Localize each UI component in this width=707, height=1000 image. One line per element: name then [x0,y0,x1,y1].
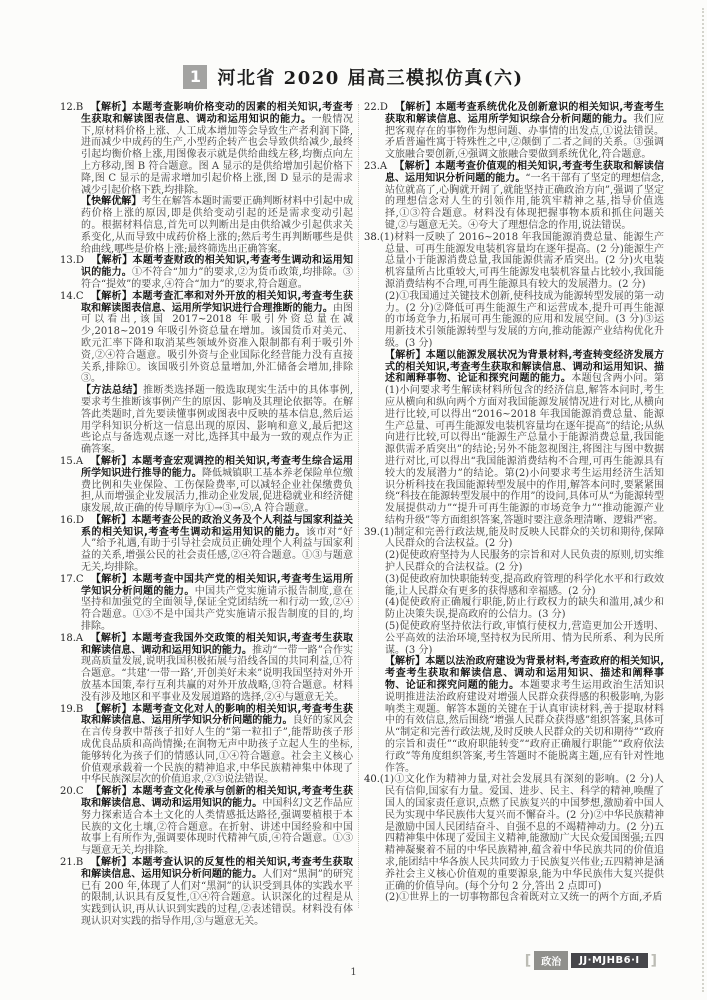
question-number-and-answer: 15.A [60,456,83,467]
question-number-and-answer: 12.B [60,102,83,113]
answer-paragraph: (2)①我国通过关键技术创新,使科技成为能源转型发展的第一动力。(2 分)②降低… [385,291,664,350]
answer-paragraph: 16.D【解析】本题考查公民的政治义务及个人利益与国家利益关系的相关知识,考查考… [81,515,353,574]
answer-paragraph: 23.A【解析】本题考查价值观的相关知识,考查考生获取和解读信息、运用知识分析问… [385,161,664,232]
answer-paragraph: 19.B【解析】本题考查文化对人的影响的相关知识,考查考生获取和解读信息、运用所… [81,704,353,787]
page-edge-dotted-line [702,8,704,992]
body-text: (2)①我国通过关键技术创新,使科技成为能源转型发展的第一动力。(2 分)②降低… [385,291,664,349]
answer-item: 15.A【解析】本题考查宏观调控的相关知识,考查考生综合运用所学知识进行推导的能… [60,456,353,515]
body-text: (1)制定和完善行政法规,能及时反映人民群众的关切和期待,保障人民群众的合法权益… [380,527,664,550]
question-number-and-answer: 22.D [364,102,388,113]
answer-item: 17.C【解析】本题考查中国共产党的相关知识,考查考生运用所学知识分析问题的能力… [60,574,353,633]
body-text: 本题要求考生运用政治生活知识说明推进法治政府建设对增强人民群众获得感的积极影响,… [385,680,664,774]
emphasis-text: 【解析】本题考查系统优化及创新意识的相关知识,考查考生获取和解读信息、运用所学知… [385,102,664,125]
question-number-and-answer: 38. [364,232,380,243]
answer-paragraph: 18.A【解析】本题考查我国外交政策的相关知识,考查考生获取和解读信息、调动和运… [81,633,353,704]
answer-paragraph: (5)促使政府坚持依法行政,审慎行使权力,营造更加公开透明、公平高效的法治环境,… [385,621,664,656]
question-number-and-answer: 39. [364,527,380,538]
answer-paragraph: 20.C【解析】本题考查文化传承与创新的相关知识,考查考生获取和解读信息、调动和… [81,786,353,857]
answer-paragraph: 【解析】本题以法治政府建设为背景材料,考查政府的相关知识,考查考生获取和解读信息… [385,656,664,774]
answer-paragraph: (4)促使政府正确履行职能,防止行政权力的缺失和滥用,减少和防止决策失误,提高政… [385,597,664,621]
emphasis-text: 【快解优解】 [81,196,141,207]
answer-paragraph: (3)促使政府加快职能转变,提高政府管理的科学化水平和行政效能,让人民群众有更多… [385,574,664,598]
body-text: (4)促使政府正确履行职能,防止行政权力的缺失和滥用,减少和防止决策失误,提高政… [385,597,664,620]
answer-paragraph: 【解析】本题以能源发展状况为背景材料,考查转变经济发展方式的相关知识,考查考生获… [385,350,664,527]
answer-item: 12.B【解析】本题考查影响价格变动的因素的相关知识,考查考生获取和解读图表信息… [60,102,353,255]
body-text: (3)促使政府加快职能转变,提高政府管理的科学化水平和行政效能,让人民群众有更多… [385,574,664,597]
question-number-and-answer: 21.B [60,857,83,868]
page-header: 1 河北省 2020 届高三模拟仿真(六) [0,64,707,90]
body-text: (2)①世界上的一切事物都包含着既对立又统一的两个方面,矛盾 [385,892,662,903]
body-text: (1)①文化作为精神力量,对社会发展具有深刻的影响。(2 分)人民有信仰,国家有… [380,774,664,891]
answer-columns: 12.B【解析】本题考查影响价格变动的因素的相关知识,考查考生获取和解读图表信息… [60,102,664,928]
emphasis-text: 【解析】本题考查汇率和对外开放的相关知识,考查考生获取和解读图表信息、运用所学知… [81,291,353,314]
right-column: 22.D【解析】本题考查系统优化及创新意识的相关知识,考查考生获取和解读信息、运… [364,102,664,928]
answer-item: 22.D【解析】本题考查系统优化及创新意识的相关知识,考查考生获取和解读信息、运… [364,102,664,161]
body-text: (5)促使政府坚持依法行政,审慎行使权力,营造更加公开透明、公平高效的法治环境,… [385,621,664,656]
answer-paragraph: 39.(1)制定和完善行政法规,能及时反映人民群众的关切和期待,保障人民群众的合… [385,527,664,551]
section-number-badge: 1 [183,65,207,89]
body-text: 由图可以看出,该国 2017~2018 年吸引外资总量在减少,2018~2019… [81,303,353,385]
answer-paragraph: 【方法总结】推断类选择题一般选取现实生活中的具体事例,要求考生推断该事例产生的原… [81,385,353,456]
body-text: (2)促使政府坚持为人民服务的宗旨和对人民负责的原则,切实维护人民群众的合法权益… [385,550,664,573]
answer-paragraph: 13.D【解析】本题考查财政的相关知识,考查考生调动和运用知识的能力。①不符合“… [81,255,353,290]
answer-item: 38.(1)材料一反映了 2016~2018 年我国能源消费总量、能源生产总量、… [364,232,664,527]
answer-paragraph: 21.B【解析】本题考查认识的反复性的相关知识,考查考生获取和解读信息、运用知识… [81,857,353,928]
answer-paragraph: 12.B【解析】本题考查影响价格变动的因素的相关知识,考查考生获取和解读图表信息… [81,102,353,196]
paper-code-badge: JJ·MJHB6·Ⅰ [571,953,647,968]
answer-paragraph: 38.(1)材料一反映了 2016~2018 年我国能源消费总量、能源生产总量、… [385,232,664,291]
question-number-and-answer: 13.D [60,255,84,266]
answer-paragraph: 14.C【解析】本题考查汇率和对外开放的相关知识,考查考生获取和解读图表信息、运… [81,291,353,385]
question-number-and-answer: 20.C [60,786,84,797]
left-bracket-ornament: [ [525,954,531,968]
column-divider [358,104,359,908]
answer-paragraph: (2)①世界上的一切事物都包含着既对立又统一的两个方面,矛盾 [385,892,664,904]
answer-item: 23.A【解析】本题考查价值观的相关知识,考查考生获取和解读信息、运用知识分析问… [364,161,664,232]
question-number-and-answer: 40. [364,774,380,785]
answer-paragraph: 17.C【解析】本题考查中国共产党的相关知识,考查考生运用所学知识分析问题的能力… [81,574,353,633]
answer-sheet-page: 1 河北省 2020 届高三模拟仿真(六) 12.B【解析】本题考查影响价格变动… [0,0,707,1000]
answer-item: 40.(1)①文化作为精神力量,对社会发展具有深刻的影响。(2 分)人民有信仰,… [364,774,664,904]
answer-paragraph: 40.(1)①文化作为精神力量,对社会发展具有深刻的影响。(2 分)人民有信仰,… [385,774,664,892]
answer-item: 18.A【解析】本题考查我国外交政策的相关知识,考查考生获取和解读信息、调动和运… [60,633,353,704]
left-column: 12.B【解析】本题考查影响价格变动的因素的相关知识,考查考生获取和解读图表信息… [60,102,353,928]
question-number-and-answer: 19.B [60,704,83,715]
answer-paragraph: 22.D【解析】本题考查系统优化及创新意识的相关知识,考查考生获取和解读信息、运… [385,102,664,161]
answer-item: 21.B【解析】本题考查认识的反复性的相关知识,考查考生获取和解读信息、运用知识… [60,857,353,928]
question-number-and-answer: 23.A [364,161,387,172]
right-bracket-ornament: ] [651,954,657,968]
question-number-and-answer: 14.C [60,291,84,302]
answer-item: 16.D【解析】本题考查公民的政治义务及个人利益与国家利益关系的相关知识,考查考… [60,515,353,574]
question-number-and-answer: 18.A [60,633,83,644]
body-text: (1)材料一反映了 2016~2018 年我国能源消费总量、能源生产总量、可再生… [380,232,664,290]
answer-paragraph: (2)促使政府坚持为人民服务的宗旨和对人民负责的原则,切实维护人民群众的合法权益… [385,550,664,574]
answer-item: 14.C【解析】本题考查汇率和对外开放的相关知识,考查考生获取和解读图表信息、运… [60,291,353,456]
body-text: 本题包含两小问。第(1)小问要求考生解读材料所包含的经济信息,解答本问时,考生应… [385,373,664,526]
answer-item: 13.D【解析】本题考查财政的相关知识,考查考生调动和运用知识的能力。①不符合“… [60,255,353,290]
answer-paragraph: 15.A【解析】本题考查宏观调控的相关知识,考查考生综合运用所学知识进行推导的能… [81,456,353,515]
question-number-and-answer: 17.C [60,574,84,585]
body-text: 一般情况下,原材料价格上涨、人工成本增加等会导致生产者利润下降,进而减少中成药的… [81,114,353,196]
question-number-and-answer: 16.D [60,515,84,526]
answer-item: 20.C【解析】本题考查文化传承与创新的相关知识,考查考生获取和解读信息、调动和… [60,786,353,857]
answer-item: 39.(1)制定和完善行政法规,能及时反映人民群众的关切和期待,保障人民群众的合… [364,527,664,775]
answer-item: 19.B【解析】本题考查文化对人的影响的相关知识,考查考生获取和解读信息、运用所… [60,704,353,787]
answer-paragraph: 【快解优解】考生在解答本题时需要正确判断材料中引起中成药价格上涨的原因,即是供给… [81,196,353,255]
page-title: 河北省 2020 届高三模拟仿真(六) [217,64,523,90]
page-number: 1 [0,967,707,978]
emphasis-text: 【方法总结】 [81,385,143,396]
